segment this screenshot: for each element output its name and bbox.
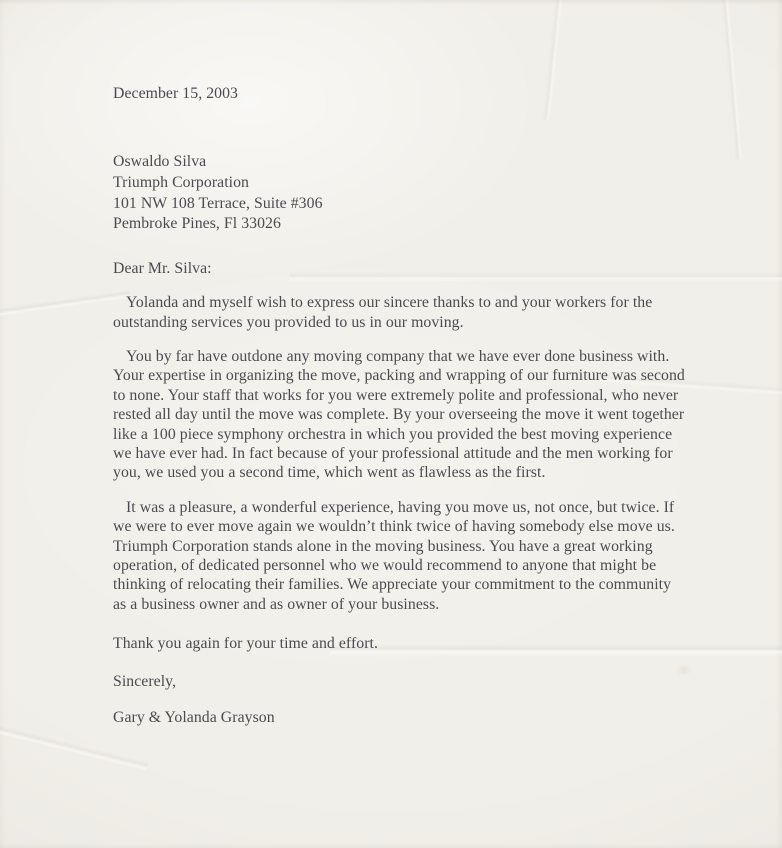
recipient-address-block: Oswaldo Silva Triumph Corporation 101 NW…: [113, 152, 685, 234]
recipient-name: Oswaldo Silva: [113, 152, 685, 173]
letter-paragraph-1: Yolanda and myself wish to express our s…: [113, 293, 685, 332]
letter-content: December 15, 2003 Oswaldo Silva Triumph …: [113, 0, 685, 728]
recipient-address-line2: Pembroke Pines, Fl 33026: [113, 214, 685, 235]
recipient-address-line1: 101 NW 108 Terrace, Suite #306: [113, 194, 685, 215]
signature-name: Gary & Yolanda Grayson: [113, 708, 685, 727]
paper-crease: [0, 290, 130, 320]
letter-date: December 15, 2003: [113, 84, 685, 103]
letter-paragraph-2: You by far have outdone any moving compa…: [113, 347, 685, 483]
scanned-letter-page: December 15, 2003 Oswaldo Silva Triumph …: [0, 0, 782, 848]
recipient-company: Triumph Corporation: [113, 173, 685, 194]
letter-salutation: Dear Mr. Silva:: [113, 259, 685, 278]
letter-paragraph-thanks: Thank you again for your time and effort…: [113, 634, 685, 653]
paper-crease: [721, 0, 743, 160]
letter-paragraph-3: It was a pleasure, a wonderful experienc…: [113, 498, 685, 614]
letter-closing: Sincerely,: [113, 672, 685, 691]
